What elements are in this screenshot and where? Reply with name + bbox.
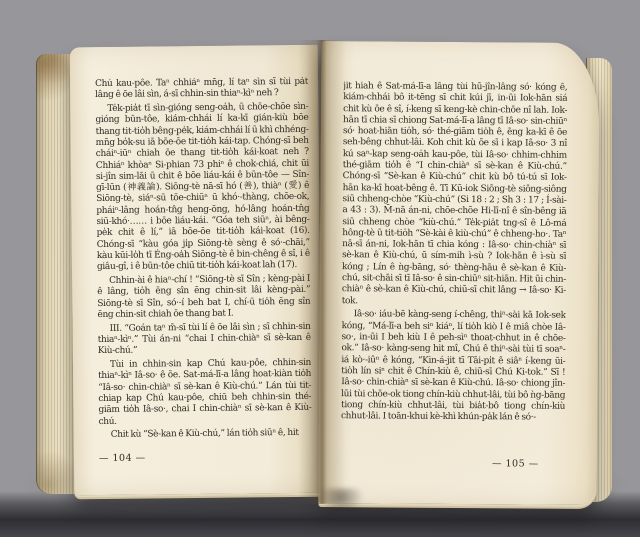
paragraph: Chhin-ài ê hiaⁿ-chí ! “Siōng-tè sī Sîn ;…	[97, 274, 310, 321]
right-page: jit hiah ê Sat-má-lī-a lâng tùi hū-jîn-l…	[318, 41, 599, 505]
left-page: Chú kau-pôe. Taⁿ chhiáⁿ mn̄g, lí taⁿ sìn…	[70, 45, 323, 496]
paragraph: Chú kau-pôe. Taⁿ chhiáⁿ mn̄g, lí taⁿ sìn…	[95, 77, 308, 102]
paragraph: Iâ-so· iáu-bē kàng-seng í-chêng, thiⁿ-sà…	[341, 310, 566, 425]
paragraph: III. “Goán taⁿ m̄-sī tùi lí ê ōe lâi sìn…	[98, 322, 311, 358]
paragraph: Chit kù “Sè-kan ê Kiù-chú,” lán tio̍h si…	[99, 428, 312, 442]
right-page-number: — 105 —	[341, 457, 565, 470]
paragraph: Te̍k-pia̍t tī sìn-gióng seng-oa̍h, ū chō…	[95, 102, 310, 274]
paragraph: jit hiah ê Sat-má-lī-a lâng tùi hū-jîn-l…	[342, 81, 568, 308]
book-photo: Chú kau-pôe. Taⁿ chhiáⁿ mn̄g, lí taⁿ sìn…	[0, 0, 640, 537]
paragraph: Tùi in chhin-sin kap Chú kau-pôe, chhin-…	[98, 358, 312, 428]
left-page-text: Chú kau-pôe. Taⁿ chhiáⁿ mn̄g, lí taⁿ sìn…	[95, 77, 312, 457]
right-page-text: jit hiah ê Sat-má-lī-a lâng tùi hū-jîn-l…	[341, 81, 568, 465]
left-page-number: — 104 —	[99, 453, 146, 464]
